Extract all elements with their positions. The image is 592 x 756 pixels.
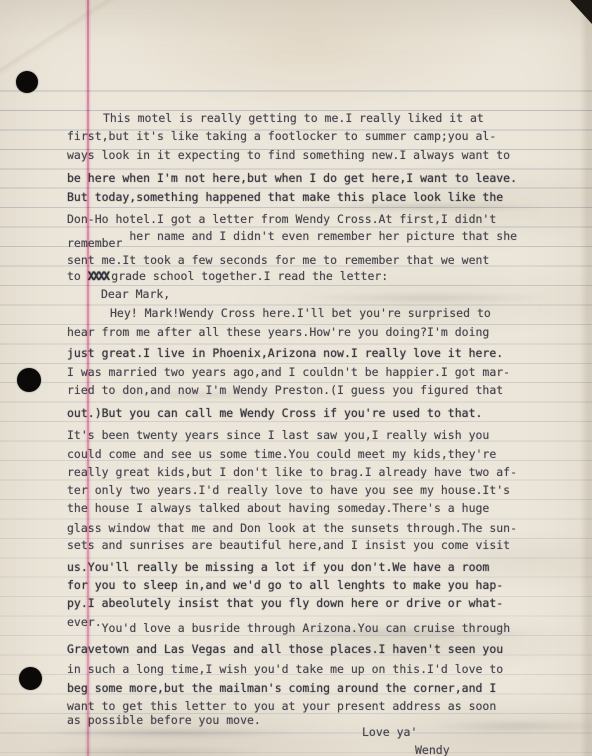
letter-text-segment: hear from me after all these years.How'r…	[67, 326, 489, 339]
letter-text-segment: sent me.It took a few seconds for me to …	[67, 254, 489, 267]
letter-text-segment: beg some more,but the mailman's coming a…	[67, 682, 496, 695]
letter-text-segment: just great.I live in Phoenix,Arizona now…	[67, 347, 503, 360]
letter-line: This motel is really getting to me.I rea…	[103, 112, 484, 125]
letter-text-segment: This motel is really getting to me.I rea…	[103, 112, 484, 125]
punch-hole	[19, 667, 42, 690]
letter-line: py.I abeolutely insist that you fly down…	[67, 597, 503, 610]
letter-text-segment: But today,something happened that make t…	[67, 191, 503, 204]
letter-line: want to get this letter to you at your p…	[67, 700, 496, 713]
letter-line: beg some more,but the mailman's coming a…	[67, 682, 496, 695]
letter-text-segment: ried to don,and now I'm Wendy Preston.(I…	[67, 384, 503, 397]
letter-text-segment: Don-Ho hotel.I got a letter from Wendy C…	[67, 213, 496, 226]
letter-line: in such a long time,I wish you'd take me…	[67, 663, 503, 676]
letter-text-segment: to	[67, 270, 88, 283]
letter-line: remember her name and I didn't even reme…	[67, 230, 517, 243]
letter-text-segment: Hey! Mark!Wendy Cross here.I'll bet you'…	[110, 307, 491, 320]
letter-line: But today,something happened that make t…	[67, 191, 503, 204]
letter-text-segment: glass window that me and Don look at the…	[67, 522, 517, 535]
letter-text-segment: It's been twenty years since I last saw …	[67, 429, 489, 442]
letter-text-segment: really great kids,but I don't like to br…	[67, 466, 517, 479]
letter-line: to XXXXgrade school together.I read the …	[67, 270, 388, 283]
letter-line: us.You'll really be missing a lot if you…	[67, 561, 489, 574]
letter-line: the house I always talked about having s…	[67, 502, 489, 515]
letter-line: ter only two years.I'd really love to ha…	[67, 484, 510, 497]
letter-line: Dear Mark,	[101, 288, 170, 301]
letter-line: just great.I live in Phoenix,Arizona now…	[67, 347, 503, 360]
letter-text-segment: the house I always talked about having s…	[67, 502, 489, 515]
letter-line: as possible before you move.	[67, 714, 261, 727]
letter-line: for you to sleep in,and we'd go to all l…	[67, 579, 503, 592]
letter-text-segment: py.I abeolutely insist that you fly down…	[67, 597, 503, 610]
letter-line: glass window that me and Don look at the…	[67, 522, 517, 535]
letter-text-segment: grade school together.I read the letter:	[111, 270, 388, 283]
letter-line: Don-Ho hotel.I got a letter from Wendy C…	[67, 213, 496, 226]
photo-background: This motel is really getting to me.I rea…	[0, 0, 592, 756]
letter-text-segment: ways look in it expecting to find someth…	[67, 149, 510, 162]
letter-line: It's been twenty years since I last saw …	[67, 429, 489, 442]
letter-line: sent me.It took a few seconds for me to …	[67, 254, 489, 267]
letter-line: I was married two years ago,and I couldn…	[67, 366, 510, 379]
letter-text-segment: ever.	[67, 616, 102, 629]
letter-text-segment: Wendy	[415, 744, 450, 756]
letter-text-segment: Gravetown and Las Vegas and all those pl…	[67, 643, 503, 656]
letter-line: really great kids,but I don't like to br…	[67, 466, 517, 479]
letter-text-segment: remember	[67, 237, 122, 250]
letter-text-segment: as possible before you move.	[67, 714, 261, 727]
letter-line: Hey! Mark!Wendy Cross here.I'll bet you'…	[110, 307, 491, 320]
margin-line	[87, 0, 89, 756]
overstruck-text: XXXX	[88, 270, 109, 283]
letter-line: Gravetown and Las Vegas and all those pl…	[67, 643, 503, 656]
letter-paper: This motel is really getting to me.I rea…	[0, 0, 592, 756]
letter-line: be here when I'm not here,but when I do …	[67, 172, 517, 185]
letter-line: ried to don,and now I'm Wendy Preston.(I…	[67, 384, 503, 397]
letter-line: could come and see us some time.You coul…	[67, 448, 496, 461]
letter-line: Wendy	[415, 744, 450, 756]
letter-line: ways look in it expecting to find someth…	[67, 149, 510, 162]
letter-text-segment: in such a long time,I wish you'd take me…	[67, 663, 503, 676]
letter-text-segment: first,but it's like taking a footlocker …	[67, 130, 496, 143]
letter-text-segment: Dear Mark,	[101, 288, 170, 301]
letter-line: out.)But you can call me Wendy Cross if …	[67, 407, 482, 420]
letter-line: Love ya'	[362, 726, 417, 739]
letter-text-segment: her name and I didn't even remember her …	[122, 230, 517, 243]
punch-hole	[17, 368, 41, 392]
letter-text-segment: out.)But you can call me Wendy Cross if …	[67, 407, 482, 420]
letter-line: hear from me after all these years.How'r…	[67, 326, 489, 339]
letter-text-segment: for you to sleep in,and we'd go to all l…	[67, 579, 503, 592]
letter-text-segment: be here when I'm not here,but when I do …	[67, 172, 517, 185]
letter-text-segment: want to get this letter to you at your p…	[67, 700, 496, 713]
letter-text-segment: sets and sunrises are beautiful here,and…	[67, 539, 510, 552]
letter-line: ever.You'd love a busride through Arizon…	[67, 616, 510, 629]
letter-text-segment: I was married two years ago,and I couldn…	[67, 366, 510, 379]
letter-text-segment: could come and see us some time.You coul…	[67, 448, 496, 461]
letter-line: first,but it's like taking a footlocker …	[67, 130, 496, 143]
letter-text-segment: Love ya'	[362, 726, 417, 739]
letter-text-segment: ter only two years.I'd really love to ha…	[67, 484, 510, 497]
punch-hole	[16, 71, 38, 93]
letter-line: sets and sunrises are beautiful here,and…	[67, 539, 510, 552]
letter-text-segment: You'd love a busride through Arizona.You…	[102, 622, 511, 635]
letter-text-segment: us.You'll really be missing a lot if you…	[67, 561, 489, 574]
